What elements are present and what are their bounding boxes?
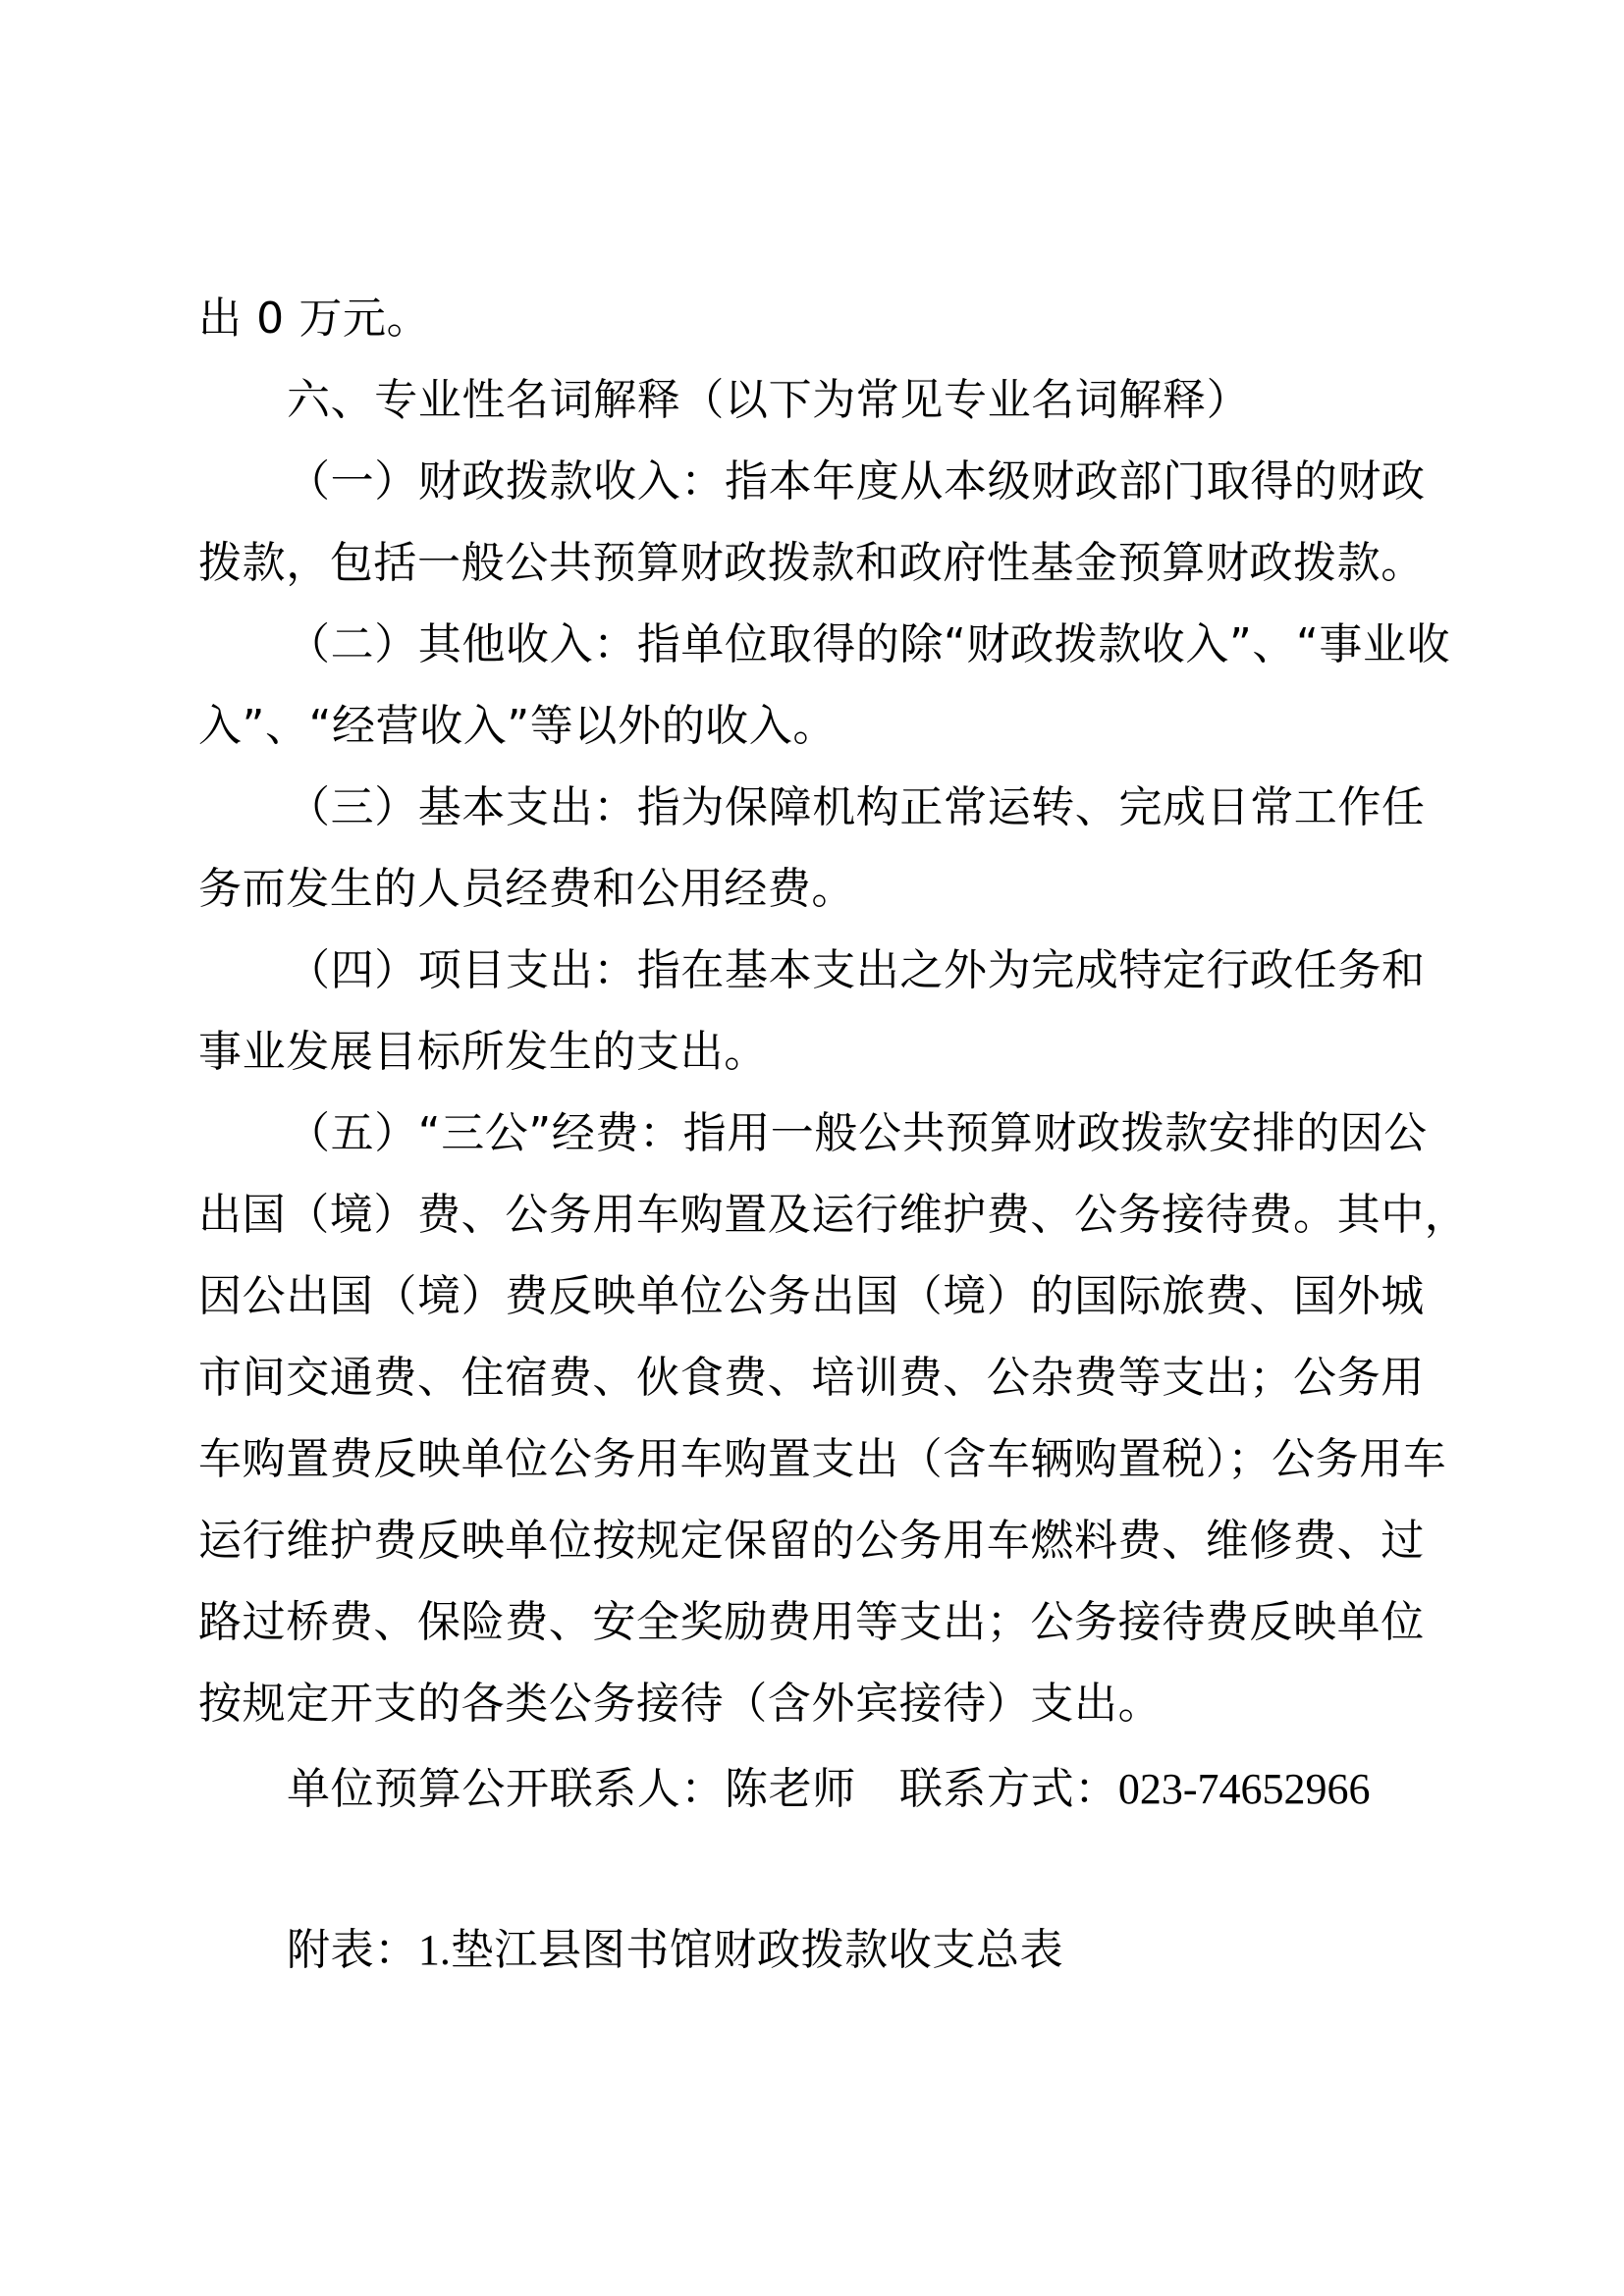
paragraph-line: 运行维护费反映单位按规定保留的公务用车燃料费、维修费、过	[198, 1517, 1465, 1566]
contact-label: 单位预算公开联系人：	[287, 1764, 725, 1814]
definition-other-income: （二）其他收入：指单位取得的除“财政拨款收入”、“事业收	[287, 620, 1553, 669]
phone-label: 联系方式：	[899, 1764, 1118, 1814]
attachment-title: 垫江县图书馆财政拨款收支总表	[451, 1925, 1063, 1975]
paragraph-line: 事业发展目标所发生的支出。	[198, 1028, 1465, 1077]
definition-basic-expenditure: （三）基本支出：指为保障机构正常运转、完成日常工作任	[287, 783, 1553, 832]
paragraph-line: 市间交通费、住宿费、伙食费、培训费、公杂费等支出；公务用	[198, 1354, 1465, 1403]
paragraph-line: 车购置费反映单位公务用车购置支出（含车辆购置税）；公务用车	[198, 1435, 1465, 1484]
definition-fiscal-appropriation: （一）财政拨款收入：指本年度从本级财政部门取得的财政	[287, 457, 1553, 507]
definition-project-expenditure: （四）项目支出：指在基本支出之外为完成特定行政任务和	[287, 946, 1553, 995]
paragraph-line: 出国（境）费、公务用车购置及运行维护费、公务接待费。其中，	[198, 1191, 1465, 1240]
contact-name: 陈老师	[725, 1764, 856, 1814]
paragraph-line: 务而发生的人员经费和公用经费。	[198, 865, 1465, 914]
phone-number: 023-74652966	[1118, 1765, 1371, 1813]
attachment-line: 附表：1.垫江县图书馆财政拨款收支总表	[287, 1926, 1553, 1975]
paragraph-line: 拨款，包括一般公共预算财政拨款和政府性基金预算财政拨款。	[198, 539, 1465, 588]
contact-line: 单位预算公开联系人：陈老师联系方式：023-74652966	[287, 1765, 1553, 1814]
definition-three-public-expenses: （五）“三公”经费：指用一般公共预算财政拨款安排的因公	[287, 1109, 1553, 1158]
paragraph-line: 因公出国（境）费反映单位公务出国（境）的国际旅费、国外城	[198, 1272, 1465, 1321]
paragraph-line: 路过桥费、保险费、安全奖励费用等支出；公务接待费反映单位	[198, 1598, 1465, 1647]
attachment-label: 附表：	[287, 1925, 418, 1975]
section-heading: 六、专业性名词解释（以下为常见专业名词解释）	[287, 376, 1553, 425]
attachment-number: 1.	[418, 1926, 451, 1974]
paragraph-line: 按规定开支的各类公务接待（含外宾接待）支出。	[198, 1680, 1465, 1729]
document-page: 出 0 万元。 六、专业性名词解释（以下为常见专业名词解释） （一）财政拨款收入…	[0, 0, 1624, 2296]
paragraph-line: 入”、“经营收入”等以外的收入。	[198, 702, 1465, 751]
paragraph-line: 出 0 万元。	[198, 294, 1465, 344]
